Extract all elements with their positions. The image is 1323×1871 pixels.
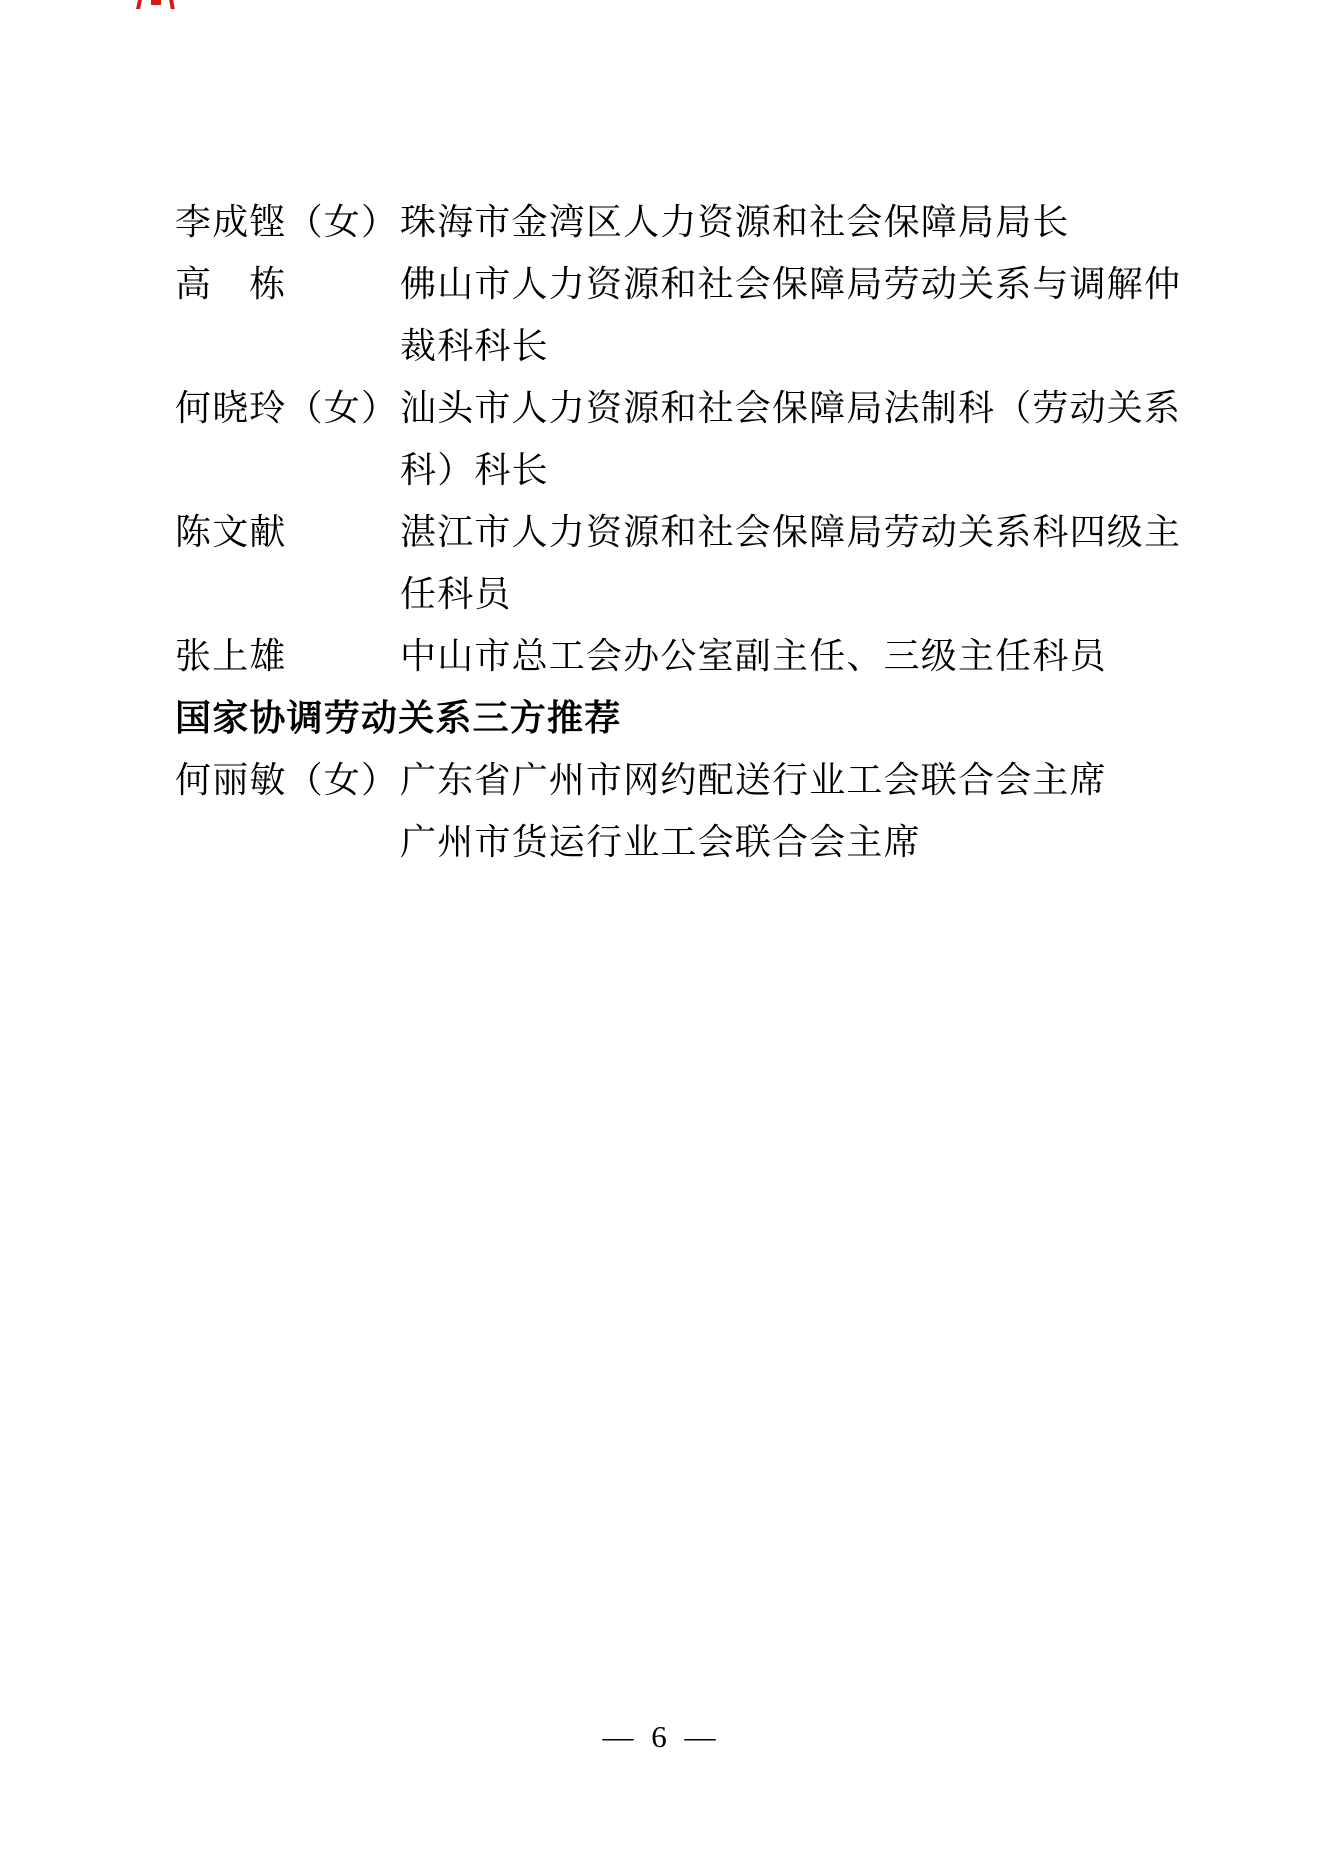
- entry-row: 陈文献 湛江市人力资源和社会保障局劳动关系科四级主: [175, 501, 1205, 563]
- person-title-line: 湛江市人力资源和社会保障局劳动关系科四级主: [400, 501, 1181, 563]
- person-name: 张上雄: [175, 625, 400, 687]
- entry-row: 何晓玲（女） 汕头市人力资源和社会保障局法制科（劳动关系: [175, 377, 1205, 439]
- person-title-line: 佛山市人力资源和社会保障局劳动关系与调解仲: [400, 253, 1181, 315]
- person-title-line: 裁科科长: [400, 315, 1205, 377]
- list-entry: 陈文献 湛江市人力资源和社会保障局劳动关系科四级主 任科员: [175, 501, 1205, 625]
- entry-row: 高 栋 佛山市人力资源和社会保障局劳动关系与调解仲: [175, 253, 1205, 315]
- list-entry: 张上雄 中山市总工会办公室副主任、三级主任科员: [175, 625, 1205, 687]
- person-name: 李成铿（女）: [175, 191, 400, 253]
- document-body: 李成铿（女） 珠海市金湾区人力资源和社会保障局局长 高 栋 佛山市人力资源和社会…: [175, 191, 1205, 873]
- person-name: 高 栋: [175, 253, 400, 315]
- list-entry: 何丽敏（女） 广东省广州市网约配送行业工会联合会主席 广州市货运行业工会联合会主…: [175, 749, 1205, 873]
- person-name: 何丽敏（女）: [175, 749, 400, 811]
- document-page: 李成铿（女） 珠海市金湾区人力资源和社会保障局局长 高 栋 佛山市人力资源和社会…: [0, 0, 1323, 1871]
- person-title-line: 广东省广州市网约配送行业工会联合会主席: [400, 749, 1107, 811]
- person-name: 何晓玲（女）: [175, 377, 400, 439]
- red-stroke-fragment: [151, 0, 161, 5]
- list-entry: 高 栋 佛山市人力资源和社会保障局劳动关系与调解仲 裁科科长: [175, 253, 1205, 377]
- person-title-line: 珠海市金湾区人力资源和社会保障局局长: [400, 191, 1070, 253]
- entry-row: 李成铿（女） 珠海市金湾区人力资源和社会保障局局长: [175, 191, 1205, 253]
- person-title-line: 广州市货运行业工会联合会主席: [400, 811, 1205, 873]
- person-title-line: 中山市总工会办公室副主任、三级主任科员: [400, 625, 1107, 687]
- red-stroke-fragment: [136, 0, 142, 9]
- list-entry: 李成铿（女） 珠海市金湾区人力资源和社会保障局局长: [175, 191, 1205, 253]
- person-title-line: 科）科长: [400, 439, 1205, 501]
- entry-row: 何丽敏（女） 广东省广州市网约配送行业工会联合会主席: [175, 749, 1205, 811]
- person-name: 陈文献: [175, 501, 400, 563]
- person-title-line: 汕头市人力资源和社会保障局法制科（劳动关系: [400, 377, 1181, 439]
- page-number: — 6 —: [603, 1719, 721, 1754]
- list-entry: 何晓玲（女） 汕头市人力资源和社会保障局法制科（劳动关系 科）科长: [175, 377, 1205, 501]
- red-header-fragment: [137, 0, 197, 10]
- page-footer: — 6 —: [0, 1712, 1323, 1762]
- red-stroke-fragment: [169, 0, 175, 9]
- entry-row: 张上雄 中山市总工会办公室副主任、三级主任科员: [175, 625, 1205, 687]
- section-heading: 国家协调劳动关系三方推荐: [175, 687, 1205, 749]
- person-title-line: 任科员: [400, 563, 1205, 625]
